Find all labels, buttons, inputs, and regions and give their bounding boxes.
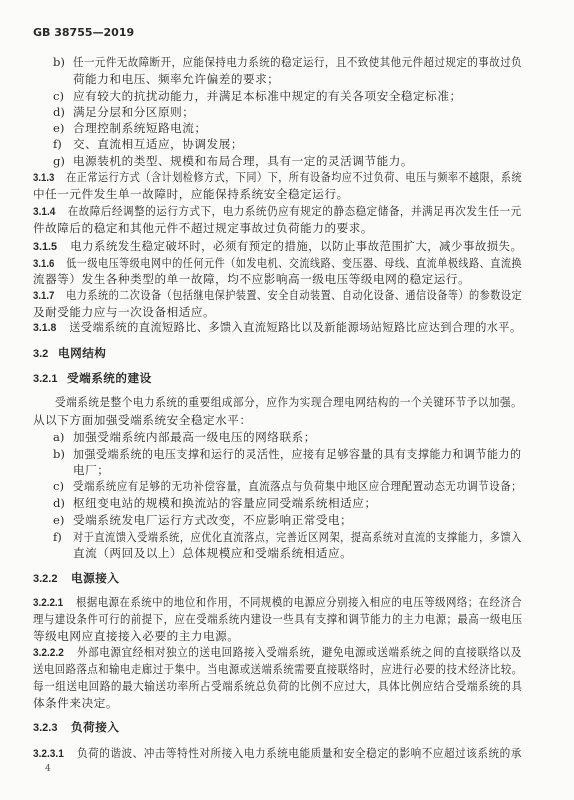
clause-3-2-3-1: 3.2.3.1负荷的谐波、冲击等特性对所接入电力系统电能质量和安全稳定的影响不应… [33, 745, 522, 761]
list-label: b) [53, 446, 65, 462]
list-item-text: 加强受端系统内部最高一级电压的网络联系； [73, 429, 316, 445]
list-label: f) [53, 136, 62, 152]
page-number: 4 [45, 764, 51, 774]
section-number: 3.2.2 [33, 571, 71, 587]
list-item-text: 满足分层和分区原则； [73, 104, 194, 120]
section-number: 3.2.1 [33, 371, 67, 387]
clause-3-1-6: 3.1.6低一级电压等级电网中的任何元件（如发电机、交流线路、变压器、母线、直流… [33, 255, 522, 271]
clause-3-1-4: 3.1.4在故障后经调整的运行方式下，电力系统仍应有规定的静态稳定储备，并满足再… [33, 203, 522, 219]
paragraph-text: 从以下方面加强受端系统安全稳定水平： [33, 412, 252, 428]
section-title: 负荷接入 [71, 720, 119, 734]
section-heading-3-2-2: 3.2.2电源接入 [33, 570, 119, 586]
list-item-text: 电厂； [73, 462, 109, 478]
list-item-text: 受端系统发电厂运行方式改变，不应影响正常受电； [73, 512, 352, 528]
section-title: 电网结构 [58, 346, 106, 360]
clause-number: 3.1.6 [33, 256, 66, 272]
section-title: 电源接入 [71, 571, 119, 585]
clause-text: 在故障后经调整的运行方式下，电力系统仍应有规定的静态稳定储备，并满足再次发生任一… [68, 204, 522, 218]
clause-text: 理与建设条件可行的前提下，应在受端系统内建设一些具有支撑和调节能力的主力电源；最… [33, 611, 523, 627]
clause-text: 在正常运行方式（含计划检修方式，下同）下，所有设备均应不过负荷、电压与频率不越限… [66, 170, 522, 184]
clause-text: 电力系统的二次设备（包括继电保护装置、安全自动装置、自动化设备、通信设备等）的参… [66, 288, 522, 302]
clause-text: 低一级电压等级电网中的任何元件（如发电机、交流线路、变压器、母线、直流单极线路、… [66, 256, 522, 270]
list-item-text: 枢纽变电站的规模和换流站的容量应同受端系统相适应； [73, 495, 377, 511]
list-item-text: 荷能力和电压、频率允许偏差的要求； [73, 71, 279, 87]
clause-text: 件故障后的稳定和其他元件不超过规定事故过负荷能力的要求。 [33, 220, 373, 236]
clause-text: 体条件来决定。 [33, 695, 118, 711]
list-label: d) [53, 104, 65, 120]
list-item-text: 应有较大的抗扰动能力，并满足本标准中规定的有关各项安全稳定标准； [73, 88, 462, 104]
clause-text: 流器等）发生各种类型的单一故障，均不应影响高一级电压等级电网的稳定运行。 [33, 271, 470, 287]
clause-text: 根据电源在系统中的地位和作用，不同规模的电源应分别接入相应的电压等级网络；在经济… [76, 595, 522, 609]
list-item-text: 合理控制系统短路电流； [73, 120, 207, 136]
list-label: a) [53, 429, 64, 445]
clause-number: 3.2.3.1 [33, 746, 77, 762]
clause-3-1-5: 3.1.5电力系统发生稳定破坏时，必须有预定的措施，以防止事故范围扩大，减少事故… [33, 238, 522, 254]
list-label: d) [53, 495, 65, 511]
clause-number: 3.1.5 [33, 239, 70, 255]
clause-3-1-3: 3.1.3在正常运行方式（含计划检修方式，下同）下，所有设备均应不过负荷、电压与… [33, 169, 522, 185]
clause-number: 3.1.7 [33, 288, 66, 304]
list-label: f) [53, 529, 62, 545]
list-item-text: 任一元件无故障断开，应能保持电力系统的稳定运行，且不致使其他元件超过规定的事故过… [73, 54, 522, 70]
list-label: e) [53, 120, 64, 136]
section-heading-3-2-1: 3.2.1受端系统的建设 [33, 370, 152, 386]
list-label: b) [53, 54, 65, 70]
standard-id-header: GB 38755—2019 [33, 25, 134, 41]
clause-text: 每一组送电回路的最大输送功率所占受端系统总负荷的比例不应过大，具体比例应结合受端… [33, 678, 522, 694]
list-label: c) [53, 478, 64, 494]
clause-text: 负荷的谐波、冲击等特性对所接入电力系统电能质量和安全稳定的影响不应超过该系统的承 [77, 746, 522, 760]
clause-number: 3.1.8 [33, 320, 69, 336]
clause-3-1-8: 3.1.8送受端系统的直流短路比、多馈入直流短路比以及新能源场站短路比应达到合理… [33, 319, 522, 335]
list-item-text: 受端系统应有足够的无功补偿容量，直流落点与负荷集中地区应合理配置动态无功调节设备… [73, 478, 522, 494]
clause-number: 3.2.2.1 [33, 595, 76, 611]
clause-text: 外部电源宜经相对独立的送电回路接入受端系统，避免电源或送端系统之间的直接联络以及 [77, 645, 522, 659]
clause-3-2-2-2: 3.2.2.2外部电源宜经相对独立的送电回路接入受端系统，避免电源或送端系统之间… [33, 644, 522, 660]
clause-text: 等级电网应直接接入必要的主力电源。 [33, 628, 239, 644]
clause-text: 送受端系统的直流短路比、多馈入直流短路比以及新能源场站短路比应达到合理的水平。 [69, 320, 521, 334]
clause-number: 3.2.2.2 [33, 645, 77, 661]
clause-text: 电力系统发生稳定破坏时，必须有预定的措施，以防止事故范围扩大，减少事故损失。 [70, 239, 522, 253]
clause-number: 3.1.3 [33, 170, 66, 186]
paragraph-text: 受端系统是整个电力系统的重要组成部分，应作为实现合理电网结构的一个关键环节予以加… [55, 394, 522, 410]
list-item-text: 加强受端系统的电压支撑和运行的灵活性，应接有足够容量的具有支撑能力和调节能力的 [73, 446, 522, 462]
clause-3-2-2-1: 3.2.2.1根据电源在系统中的地位和作用，不同规模的电源应分别接入相应的电压等… [33, 594, 522, 610]
list-item-text: 电源装机的类型、规模和布局合理，具有一定的灵活调节能力。 [73, 153, 413, 169]
list-item-text: 直流（两回及以上）总体规模应和受端系统相适应。 [73, 545, 352, 561]
section-title: 受端系统的建设 [67, 371, 152, 385]
list-label: c) [53, 88, 64, 104]
section-number: 3.2 [33, 346, 58, 362]
section-heading-3-2: 3.2电网结构 [33, 345, 106, 361]
clause-text: 中任一元件发生单一故障时，应能保持系统安全稳定运行。 [33, 186, 349, 202]
list-item-text: 对于直流馈入受端系统，应优化直流落点，完善近区网架，提高系统对直流的支撑能力，多… [73, 529, 522, 545]
clause-number: 3.1.4 [33, 204, 68, 220]
document-page: GB 38755—2019 b) 任一元件无故障断开，应能保持电力系统的稳定运行… [0, 0, 574, 800]
list-item-text: 交、直流相互适应，协调发展； [73, 136, 243, 152]
list-label: e) [53, 512, 64, 528]
clause-text: 送电回路落点和输电走廊过于集中。当电源或送端系统需要直接联络时，应进行必要的技术… [33, 661, 523, 677]
clause-text: 及耐受能力应与一次设备相适应。 [33, 304, 215, 320]
clause-3-1-7: 3.1.7电力系统的二次设备（包括继电保护装置、安全自动装置、自动化设备、通信设… [33, 287, 522, 303]
list-label: g) [53, 153, 65, 169]
section-number: 3.2.3 [33, 720, 71, 736]
section-heading-3-2-3: 3.2.3负荷接入 [33, 719, 119, 735]
